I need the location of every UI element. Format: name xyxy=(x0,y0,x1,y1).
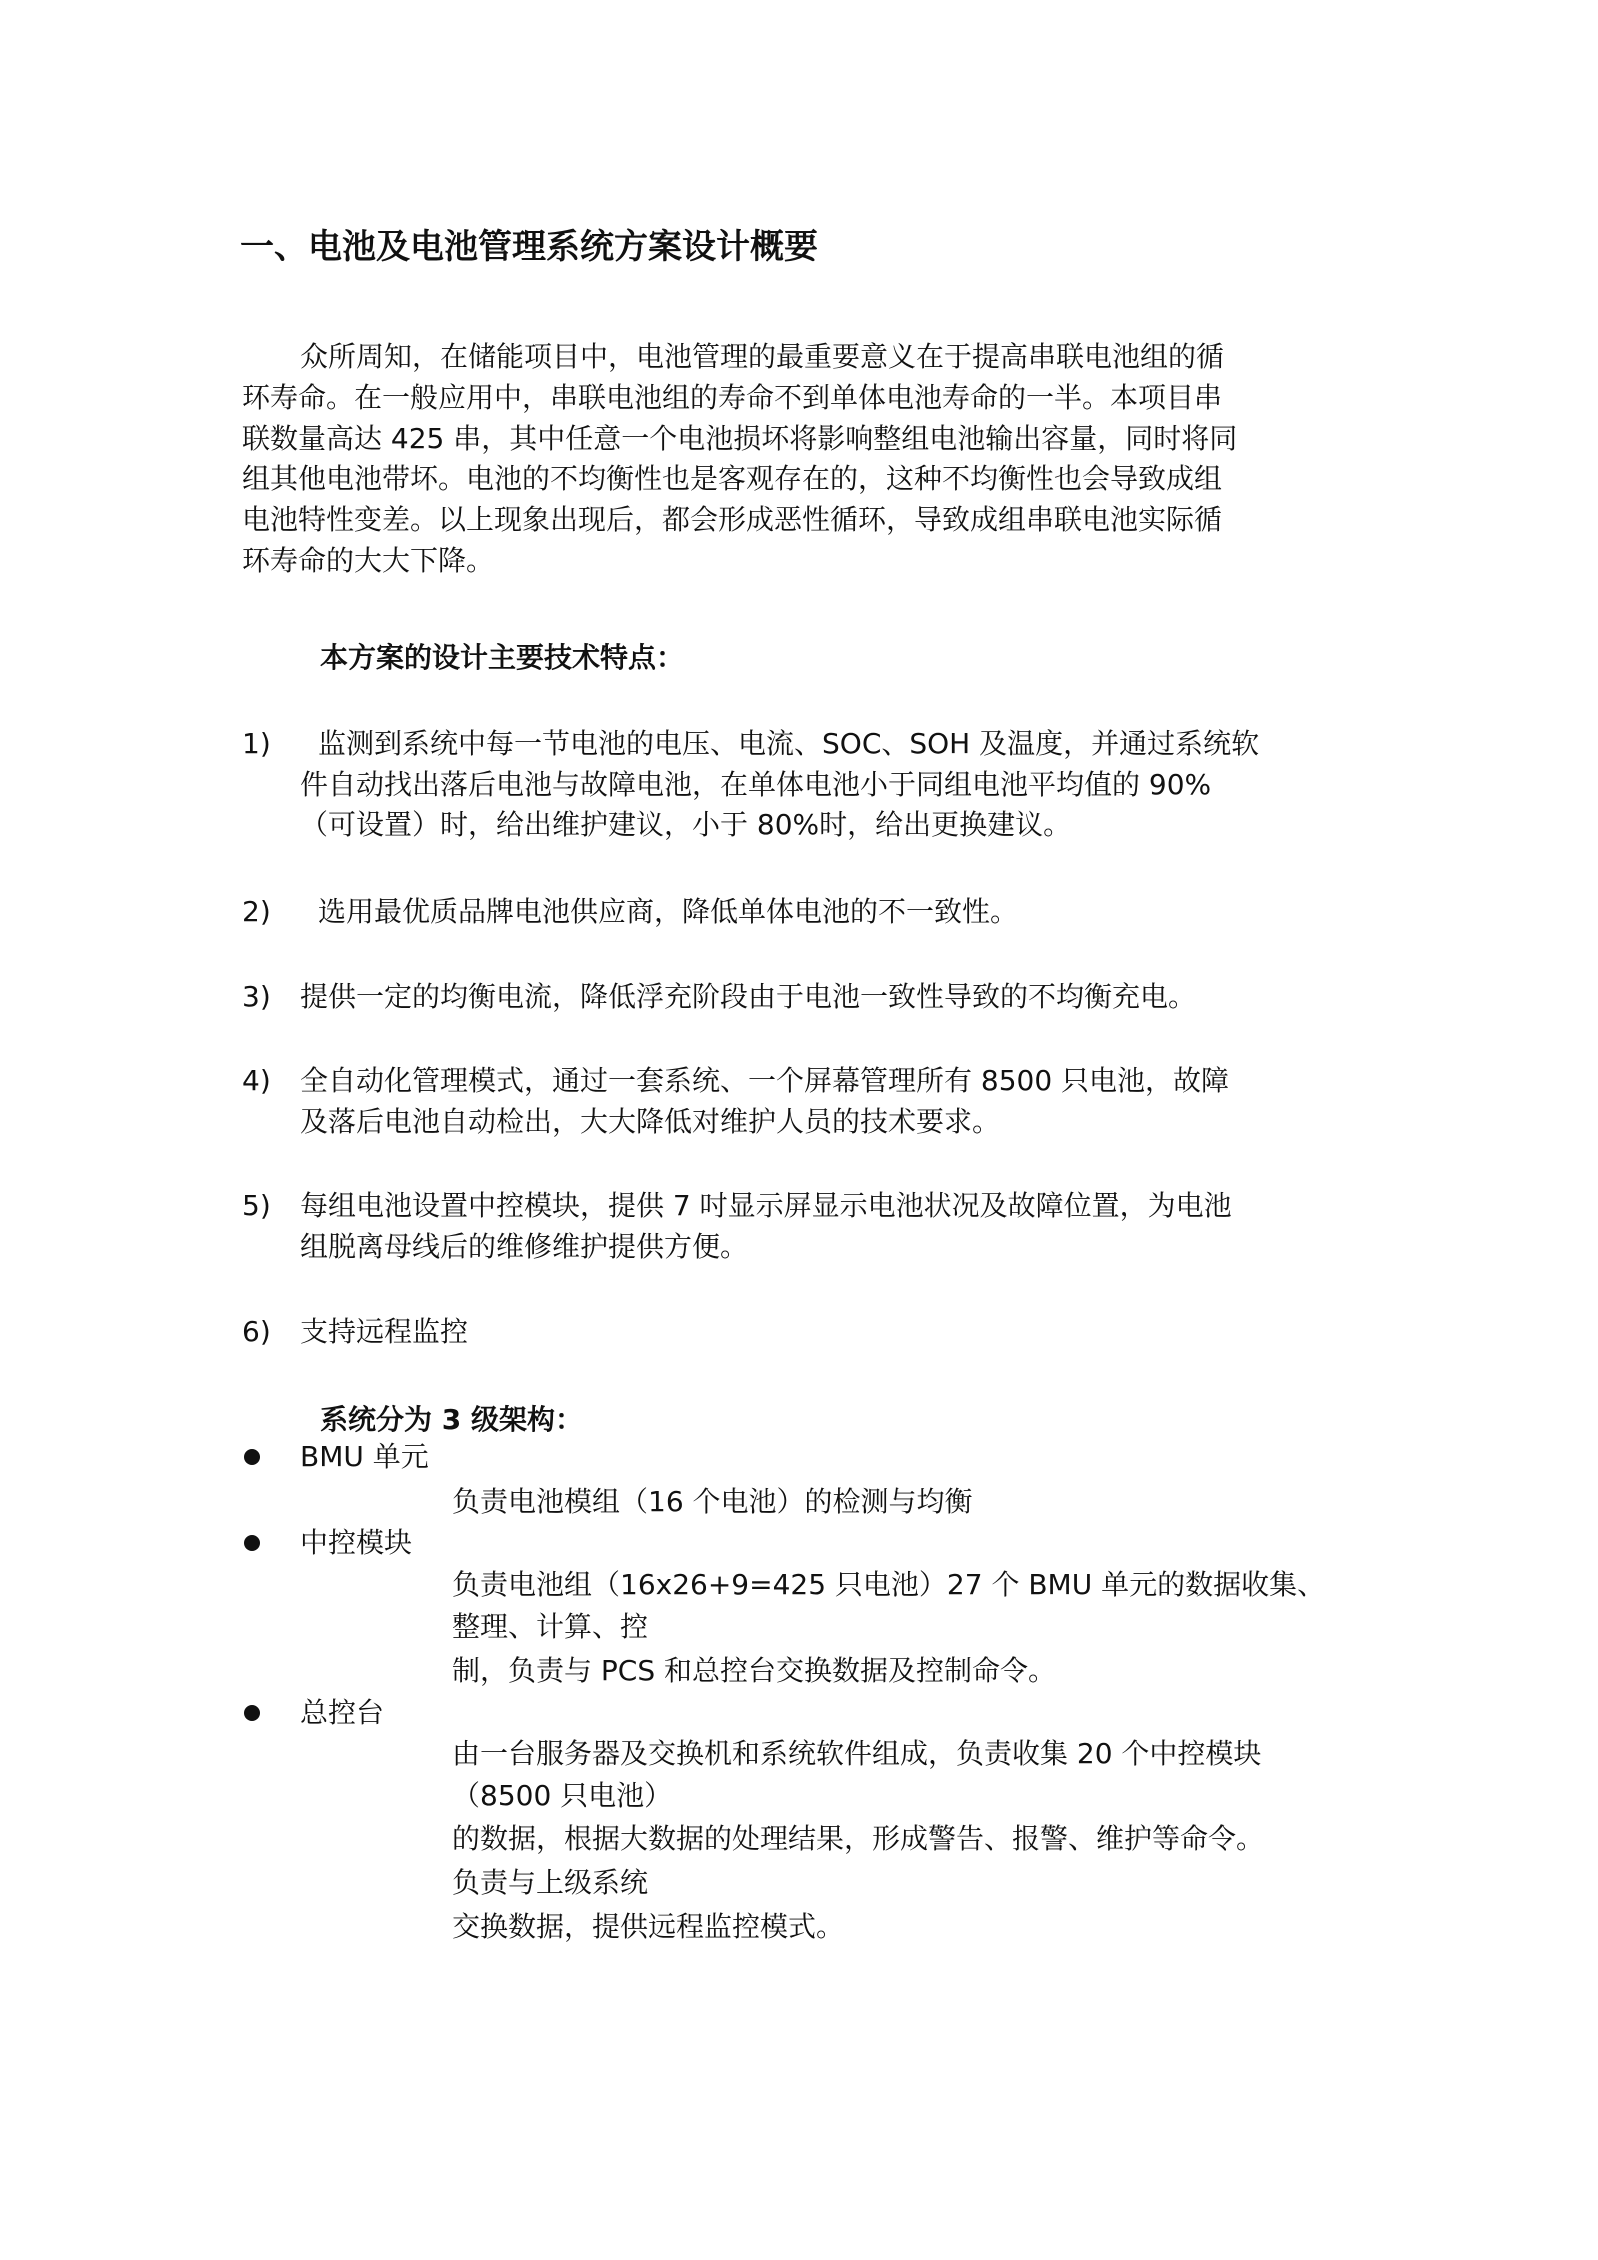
feature-line: 支持远程监控 xyxy=(300,1312,468,1352)
arch-line: 制，负责与 PCS 和总控台交换数据及控制命令。 xyxy=(452,1651,1056,1691)
item-number: 1) xyxy=(242,724,271,764)
intro-line: 组其他电池带坏。电池的不均衡性也是客观存在的，这种不均衡性也会导致成组 xyxy=(242,459,1222,499)
feature-line: 件自动找出落后电池与故障电池，在单体电池小于同组电池平均值的 90% xyxy=(300,765,1211,805)
arch-line: 负责电池组（16x26+9=425 只电池）27 个 BMU 单元的数据收集、 xyxy=(452,1565,1325,1605)
intro-line: 电池特性变差。以上现象出现后，都会形成恶性循环，导致成组串联电池实际循 xyxy=(242,500,1222,540)
arch-line: 负责与上级系统 xyxy=(452,1863,648,1903)
feature-line: 每组电池设置中控模块，提供 7 吋显示屏显示电池状况及故障位置，为电池 xyxy=(300,1186,1232,1226)
intro-line: 环寿命的大大下降。 xyxy=(242,541,494,581)
arch-line: 交换数据，提供远程监控模式。 xyxy=(452,1907,844,1947)
arch-heading: 系统分为 3 级架构： xyxy=(320,1400,583,1440)
features-heading: 本方案的设计主要技术特点： xyxy=(320,638,684,678)
arch-label: 中控模块 xyxy=(300,1523,412,1563)
arch-label: BMU 单元 xyxy=(300,1437,429,1477)
arch-line: 由一台服务器及交换机和系统软件组成，负责收集 20 个中控模块 xyxy=(452,1734,1261,1774)
feature-line: （可设置）时，给出维护建议，小于 80%时，给出更换建议。 xyxy=(300,805,1071,845)
arch-label: 总控台 xyxy=(300,1693,384,1733)
bullet-icon xyxy=(244,1705,260,1721)
arch-line: 的数据，根据大数据的处理结果，形成警告、报警、维护等命令。 xyxy=(452,1819,1264,1859)
feature-line: 选用最优质品牌电池供应商，降低单体电池的不一致性。 xyxy=(318,892,1018,932)
intro-line: 众所周知，在储能项目中，电池管理的最重要意义在于提高串联电池组的循 xyxy=(300,337,1224,377)
arch-line: 负责电池模组（16 个电池）的检测与均衡 xyxy=(452,1482,973,1522)
feature-line: 组脱离母线后的维修维护提供方便。 xyxy=(300,1227,748,1267)
intro-line: 环寿命。在一般应用中，串联电池组的寿命不到单体电池寿命的一半。本项目串 xyxy=(242,378,1222,418)
feature-line: 及落后电池自动检出，大大降低对维护人员的技术要求。 xyxy=(300,1102,1000,1142)
feature-line: 全自动化管理模式，通过一套系统、一个屏幕管理所有 8500 只电池，故障 xyxy=(300,1061,1229,1101)
arch-line: （8500 只电池） xyxy=(452,1776,672,1816)
bullet-icon xyxy=(244,1449,260,1465)
bullet-icon xyxy=(244,1535,260,1551)
item-number: 2) xyxy=(242,892,271,932)
feature-line: 提供一定的均衡电流，降低浮充阶段由于电池一致性导致的不均衡充电。 xyxy=(300,977,1196,1017)
feature-line: 监测到系统中每一节电池的电压、电流、SOC、SOH 及温度，并通过系统软 xyxy=(318,724,1259,764)
arch-line: 整理、计算、控 xyxy=(452,1607,648,1647)
item-number: 5) xyxy=(242,1186,271,1226)
item-number: 6) xyxy=(242,1312,271,1352)
item-number: 3) xyxy=(242,977,271,1017)
intro-line: 联数量高达 425 串，其中任意一个电池损坏将影响整组电池输出容量，同时将同 xyxy=(242,419,1237,459)
section-title: 一、电池及电池管理系统方案设计概要 xyxy=(240,223,818,271)
item-number: 4) xyxy=(242,1061,271,1101)
